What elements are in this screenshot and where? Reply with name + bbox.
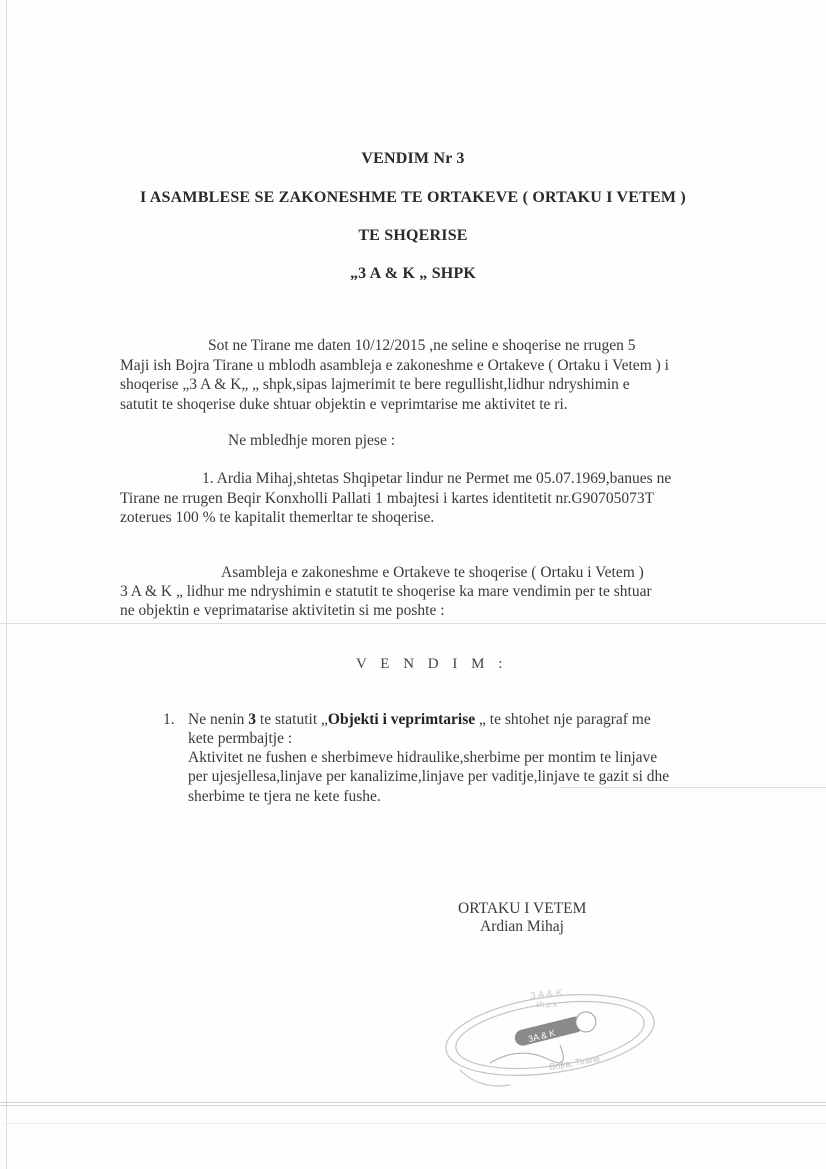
intro-line: satutit te shoqerise duke shtuar objekti…	[120, 396, 568, 413]
intro-line: Sot ne Tirane me daten 10/12/2015 ,ne se…	[208, 337, 635, 354]
participant-line: Tirane ne rrugen Beqir Konxholli Pallati…	[120, 490, 654, 507]
scan-edge-line	[6, 0, 7, 1169]
svg-text:sh.p.k: sh.p.k	[536, 1000, 558, 1009]
scan-line	[560, 787, 826, 788]
heading-company: TE SHQERISE	[0, 227, 826, 245]
intro-line: Maji ish Bojra Tirane u mblodh asambleja…	[120, 357, 669, 374]
heading-company-name: „3 A & K „ SHPK	[0, 265, 826, 283]
intro-line: shoqerise „3 A & K„ „ shpk,sipas lajmeri…	[120, 376, 630, 393]
decision-line: sherbime te tjera ne kete fushe.	[188, 788, 381, 805]
decision-text: te statutit „	[256, 711, 328, 728]
decision-line: Aktivitet ne fushen e sherbimeve hidraul…	[188, 749, 657, 766]
scan-line	[0, 1105, 826, 1106]
participant-line: 1. Ardia Mihaj,shtetas Shqipetar lindur …	[202, 470, 671, 487]
decision-heading: V E N D I M :	[356, 656, 507, 673]
assembly-line: 3 A & K „ lidhur me ndryshimin e statuti…	[120, 583, 652, 600]
scan-line	[0, 623, 826, 624]
decision-line: Ne nenin 3 te statutit „Objekti i veprim…	[188, 711, 651, 728]
participants-label: Ne mbledhje moren pjese :	[228, 432, 395, 449]
signature-name: Ardian Mihaj	[480, 918, 564, 936]
heading-assembly: I ASAMBLESE SE ZAKONESHME TE ORTAKEVE ( …	[0, 189, 826, 207]
scan-line	[0, 1123, 826, 1124]
article-number: 3	[248, 711, 256, 728]
participant-line: zoterues 100 % te kapitalit themerltar t…	[120, 509, 434, 526]
decision-text: „ te shtohet nje paragraf me	[475, 711, 651, 728]
article-title: Objekti i veprimtarise	[328, 711, 475, 728]
assembly-line: Asambleja e zakoneshme e Ortakeve te sho…	[221, 564, 644, 581]
scanned-page: VENDIM Nr 3 I ASAMBLESE SE ZAKONESHME TE…	[0, 0, 826, 1169]
stamp-icon: 3A & K 3 A & K sh.p.k Bojra, Tirane	[440, 975, 660, 1095]
heading-decision-number: VENDIM Nr 3	[0, 150, 826, 168]
decision-line: kete permbajtje :	[188, 730, 292, 747]
decision-text: Ne nenin	[188, 711, 248, 728]
decision-line: per ujesjellesa,linjave per kanalizime,l…	[188, 768, 669, 785]
decision-number: 1.	[163, 711, 175, 728]
company-stamp: 3A & K 3 A & K sh.p.k Bojra, Tirane	[440, 975, 660, 1095]
scan-line	[0, 1102, 826, 1103]
signature-role: ORTAKU I VETEM	[458, 900, 586, 918]
assembly-line: ne objektin e veprimatarise aktivitetin …	[120, 602, 445, 619]
